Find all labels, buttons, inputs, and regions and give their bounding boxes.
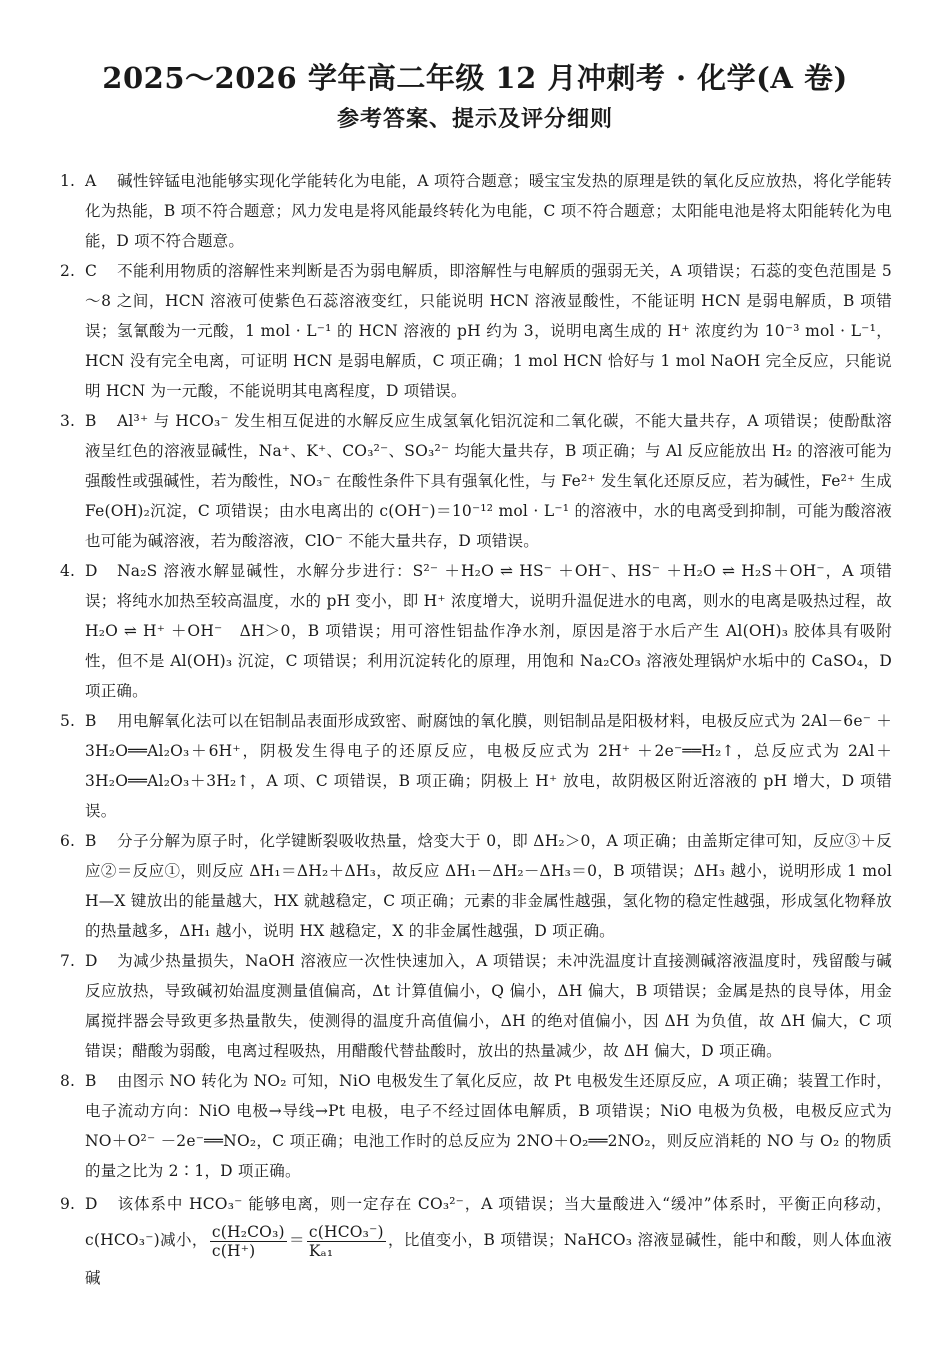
question-number: 4. xyxy=(60,556,75,586)
fraction-denominator: Kₐ₁ xyxy=(307,1242,386,1260)
answer-item-7: 7.D为减少热量损失，NaOH 溶液应一次性快速加入，A 项错误；未冲洗温度计直… xyxy=(60,946,892,1066)
equals-sign: ＝ xyxy=(289,1231,305,1249)
answer-letter: B xyxy=(85,706,117,736)
question-number: 8. xyxy=(60,1066,75,1096)
question-number: 1. xyxy=(60,166,75,196)
answer-explanation: 为减少热量损失，NaOH 溶液应一次性快速加入，A 项错误；未冲洗温度计直接测碱… xyxy=(85,952,892,1060)
answer-letter: D xyxy=(85,1186,117,1222)
answer-explanation: 不能利用物质的溶解性来判断是否为弱电解质，即溶解性与电解质的强弱无关，A 项错误… xyxy=(85,262,892,400)
answer-explanation: 分子分解为原子时，化学键断裂吸收热量，焓变大于 0，即 ΔH₂＞0，A 项正确；… xyxy=(85,832,892,940)
question-number: 2. xyxy=(60,256,75,286)
answer-item-4: 4.DNa₂S 溶液水解显碱性，水解分步进行：S²⁻ ＋H₂O ⇌ HS⁻ ＋O… xyxy=(60,556,892,706)
answer-item-1: 1.A碱性锌锰电池能够实现化学能转化为电能，A 项符合题意；暖宝宝发热的原理是铁… xyxy=(60,166,892,256)
answer-explanation: 碱性锌锰电池能够实现化学能转化为电能，A 项符合题意；暖宝宝发热的原理是铁的氧化… xyxy=(85,172,892,250)
answer-explanation: 用电解氧化法可以在铝制品表面形成致密、耐腐蚀的氧化膜，则铝制品是阳极材料，电极反… xyxy=(85,712,892,820)
question-number: 5. xyxy=(60,706,75,736)
answer-explanation: 由图示 NO 转化为 NO₂ 可知，NiO 电极发生了氧化反应，故 Pt 电极发… xyxy=(85,1072,892,1180)
fraction-denominator: c(H⁺) xyxy=(210,1242,287,1260)
answer-letter: B xyxy=(85,826,117,856)
document-title: 2025～2026 学年高二年级 12 月冲刺考 · 化学(A 卷) xyxy=(0,56,950,97)
answer-letter: D xyxy=(85,556,117,586)
answer-letter: A xyxy=(85,166,117,196)
question-number: 3. xyxy=(60,406,75,436)
answer-item-6: 6.B分子分解为原子时，化学键断裂吸收热量，焓变大于 0，即 ΔH₂＞0，A 项… xyxy=(60,826,892,946)
question-number: 7. xyxy=(60,946,75,976)
answer-letter: B xyxy=(85,406,117,436)
answer-letter: D xyxy=(85,946,117,976)
answer-item-5: 5.B用电解氧化法可以在铝制品表面形成致密、耐腐蚀的氧化膜，则铝制品是阳极材料，… xyxy=(60,706,892,826)
answer-item-2: 2.C不能利用物质的溶解性来判断是否为弱电解质，即溶解性与电解质的强弱无关，A … xyxy=(60,256,892,406)
fraction-numerator: c(HCO₃⁻) xyxy=(307,1223,386,1242)
answer-list: 1.A碱性锌锰电池能够实现化学能转化为电能，A 项符合题意；暖宝宝发热的原理是铁… xyxy=(60,166,892,1296)
question-number: 9. xyxy=(60,1186,75,1222)
fraction-right: c(HCO₃⁻)Kₐ₁ xyxy=(307,1223,386,1260)
answer-explanation: Na₂S 溶液水解显碱性，水解分步进行：S²⁻ ＋H₂O ⇌ HS⁻ ＋OH⁻、… xyxy=(85,562,892,700)
fraction-numerator: c(H₂CO₃) xyxy=(210,1223,287,1242)
answer-letter: C xyxy=(85,256,117,286)
answer-explanation: Al³⁺ 与 HCO₃⁻ 发生相互促进的水解反应生成氢氧化铝沉淀和二氧化碳，不能… xyxy=(85,412,892,550)
answer-letter: B xyxy=(85,1066,117,1096)
question-number: 6. xyxy=(60,826,75,856)
answer-item-9: 9.D该体系中 HCO₃⁻ 能够电离，则一定存在 CO₃²⁻，A 项错误；当大量… xyxy=(60,1186,892,1296)
answer-item-8: 8.B由图示 NO 转化为 NO₂ 可知，NiO 电极发生了氧化反应，故 Pt … xyxy=(60,1066,892,1186)
answer-item-3: 3.BAl³⁺ 与 HCO₃⁻ 发生相互促进的水解反应生成氢氧化铝沉淀和二氧化碳… xyxy=(60,406,892,556)
fraction-left: c(H₂CO₃)c(H⁺) xyxy=(210,1223,287,1260)
document-subtitle: 参考答案、提示及评分细则 xyxy=(0,102,950,133)
